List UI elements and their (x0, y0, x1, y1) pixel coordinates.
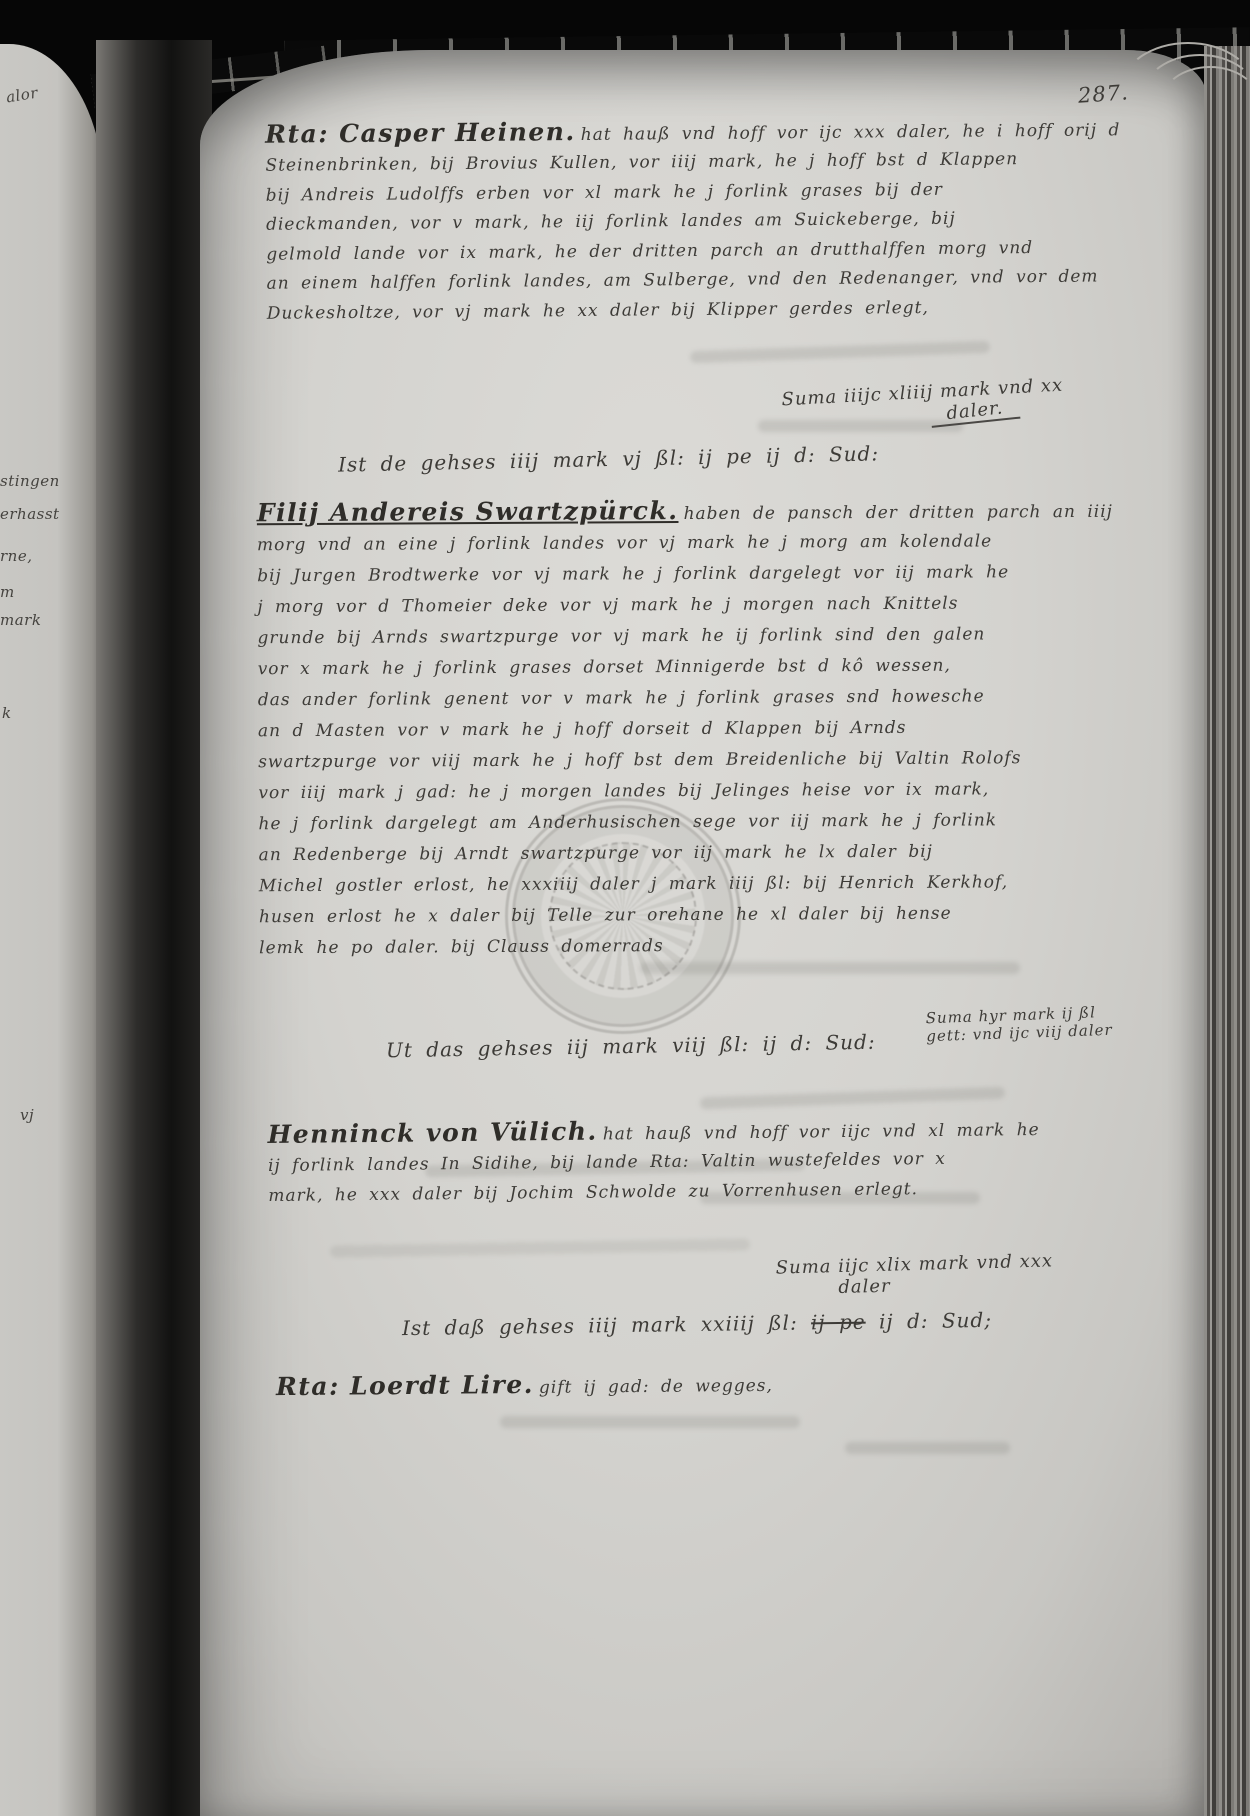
manuscript-line: Michel gostler erlost, he xxxiiij daler … (259, 867, 1115, 902)
manuscript-line: swartzpurge vor viij mark he j hoff bst … (258, 743, 1114, 778)
page-number: 287. (1077, 80, 1129, 107)
entry-heading: Henninck von Vülich. (268, 1117, 598, 1149)
manuscript-line: vor iiij mark j gad: he j morgen landes … (258, 774, 1114, 809)
facing-page-edge (0, 44, 104, 1816)
entry-body: Steinenbrinken, bij Brovius Kullen, vor … (265, 144, 1122, 328)
manuscript-line: mark (0, 611, 41, 629)
manuscript-line: morg vnd an eine j forlink landes vor vj… (257, 526, 1113, 561)
manuscript-line: m (0, 583, 15, 601)
manuscript-line: erhasst (0, 505, 60, 523)
manuscript-line: he j forlink dargelegt am Anderhusischen… (258, 805, 1114, 840)
manuscript-line: k (2, 704, 12, 722)
entry-heading: Rta: Casper Heinen. (265, 117, 576, 149)
bleedthrough-smudge (845, 1442, 1010, 1454)
microfilm-photo: { "page_number": "287.", "facing_page_fr… (0, 0, 1250, 1816)
manuscript-line: grunde bij Arnds swartzpurge vor vj mark… (257, 619, 1113, 654)
manuscript-line: stingen (0, 472, 60, 490)
entry-henninck-von-vulich: Henninck von Vülich. hat hauß vnd hoff v… (268, 1112, 1041, 1211)
manuscript-line: vj (20, 1106, 34, 1124)
entry-body: ij forlink landes In Sidihe, bij lande R… (268, 1144, 1041, 1211)
entry-heading-line: Rta: Loerdt Lire. gift ij gad: de wegges… (276, 1368, 773, 1401)
manuscript-line: an d Masten vor v mark he j hoff dorseit… (258, 712, 1114, 747)
manuscript-line: lemk he po daler. bij Clauss domerrads (259, 929, 1115, 964)
entry-filij-andereis-swartzpurck: Filij Andereis Swartzpürck. haben de pan… (257, 494, 1115, 964)
tax-text: ij d: Sud; (879, 1308, 992, 1334)
entry-heading: Filij Andereis Swartzpürck. (257, 496, 679, 527)
entry-heading-rest: hat hauß vnd hoff vor ijc xxx daler, he … (581, 120, 1121, 145)
entry-heading-line: Rta: Casper Heinen. hat hauß vnd hoff vo… (265, 112, 1120, 148)
summa-note: Suma iijc xlix mark vnd xxx daler (775, 1250, 1053, 1299)
entry-heading-rest: gift ij gad: de wegges, (539, 1376, 773, 1398)
tax-text-struck-through: ij pe (811, 1310, 866, 1335)
entry-casper-heinen: Rta: Casper Heinen. hat hauß vnd hoff vo… (265, 112, 1122, 328)
page-corner-layer (1160, 66, 1250, 140)
manuscript-line: bij Jurgen Brodtwerke vor vj mark he j f… (257, 557, 1113, 592)
entry-heading-rest: haben de pansch der dritten parch an iii… (683, 502, 1112, 524)
entry-loerdt-lire: Rta: Loerdt Lire. gift ij gad: de wegges… (276, 1368, 773, 1404)
manuscript-line: das ander forlink genent vor v mark he j… (258, 681, 1114, 716)
entry-heading: Rta: Loerdt Lire. (276, 1370, 534, 1401)
summa-line-daler: daler (838, 1276, 891, 1298)
bleedthrough-smudge (500, 1416, 800, 1428)
manuscript-line: husen erlost he x daler bij Telle zur or… (259, 898, 1115, 933)
entry-body: morg vnd an eine j forlink landes vor vj… (257, 526, 1115, 964)
manuscript-line: rne, (0, 547, 32, 565)
entry-heading-line: Filij Andereis Swartzpürck. haben de pan… (257, 494, 1113, 527)
book-gutter-shadow (96, 40, 212, 1816)
bleedthrough-smudge (640, 962, 1020, 974)
entry-heading-rest: hat hauß vnd hoff vor iijc vnd xl mark h… (603, 1120, 1040, 1145)
manuscript-line: an Redenberge bij Arndt swartzpurge vor … (259, 836, 1115, 871)
book-fore-edge (1204, 46, 1250, 1816)
manuscript-line: vor x mark he j forlink grases dorset Mi… (258, 650, 1114, 685)
manuscript-line: j morg vor d Thomeier deke vor vj mark h… (257, 588, 1113, 623)
summa-note: Suma hyr mark ij ßl gett: vnd ijc viij d… (925, 1003, 1113, 1045)
